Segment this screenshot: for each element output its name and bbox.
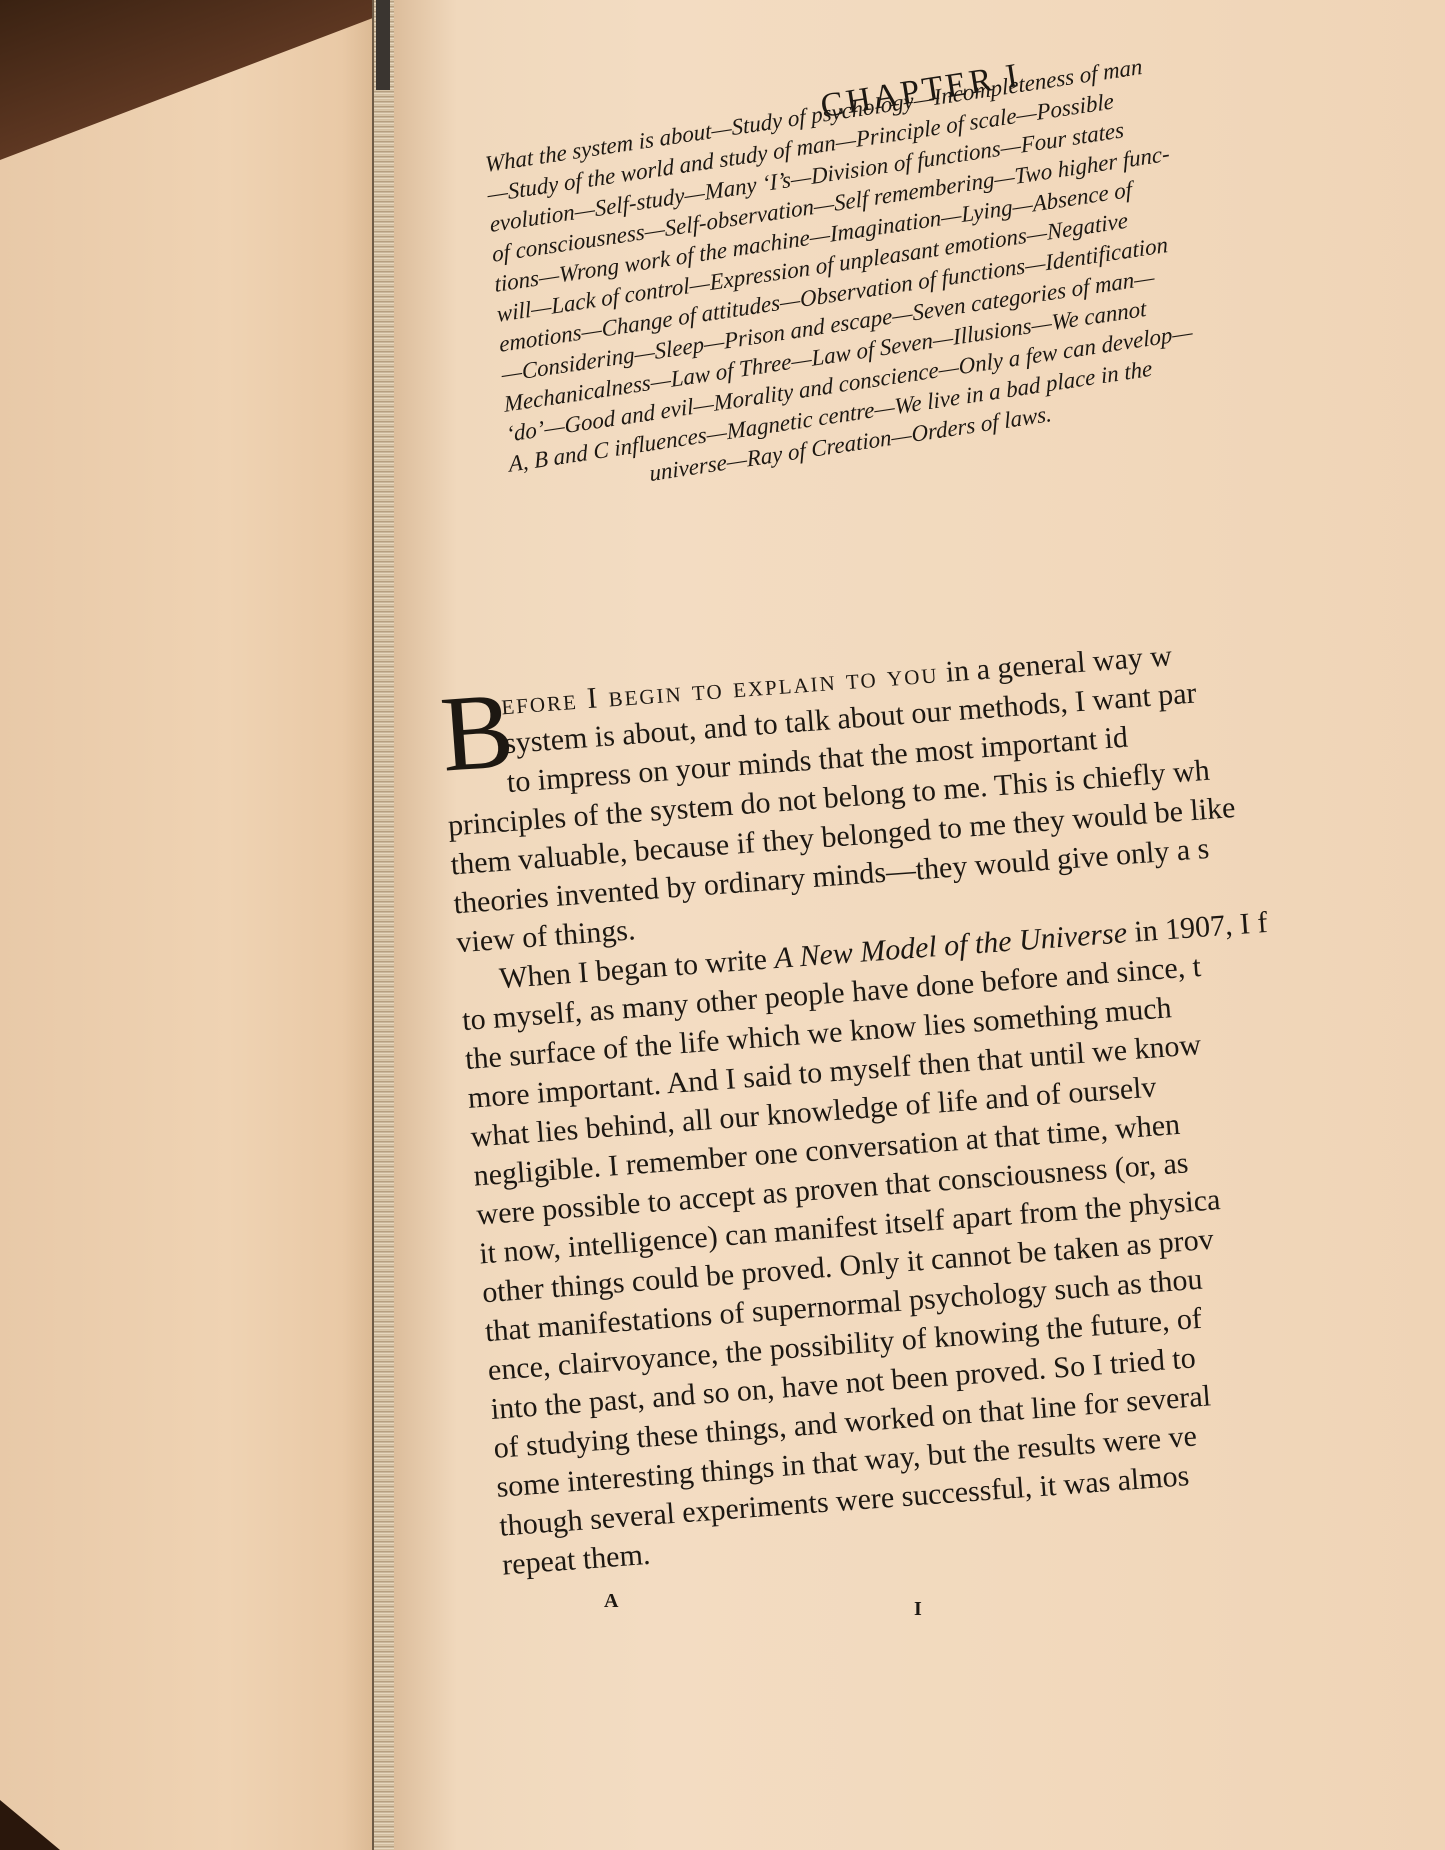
signature-mark: A bbox=[604, 1590, 618, 1613]
spine-dark-edge bbox=[376, 0, 390, 90]
left-blank-page bbox=[0, 0, 380, 1850]
body-text: B efore I begin to explain to you in a g… bbox=[438, 609, 1445, 1584]
page-number: I bbox=[914, 1598, 922, 1621]
body-line-text: in 1907, I f bbox=[1126, 906, 1269, 949]
chapter-synopsis: What the system is about—Study of psycho… bbox=[484, 20, 1383, 510]
right-page: CHAPTER I What the system is about—Study… bbox=[394, 0, 1445, 1850]
